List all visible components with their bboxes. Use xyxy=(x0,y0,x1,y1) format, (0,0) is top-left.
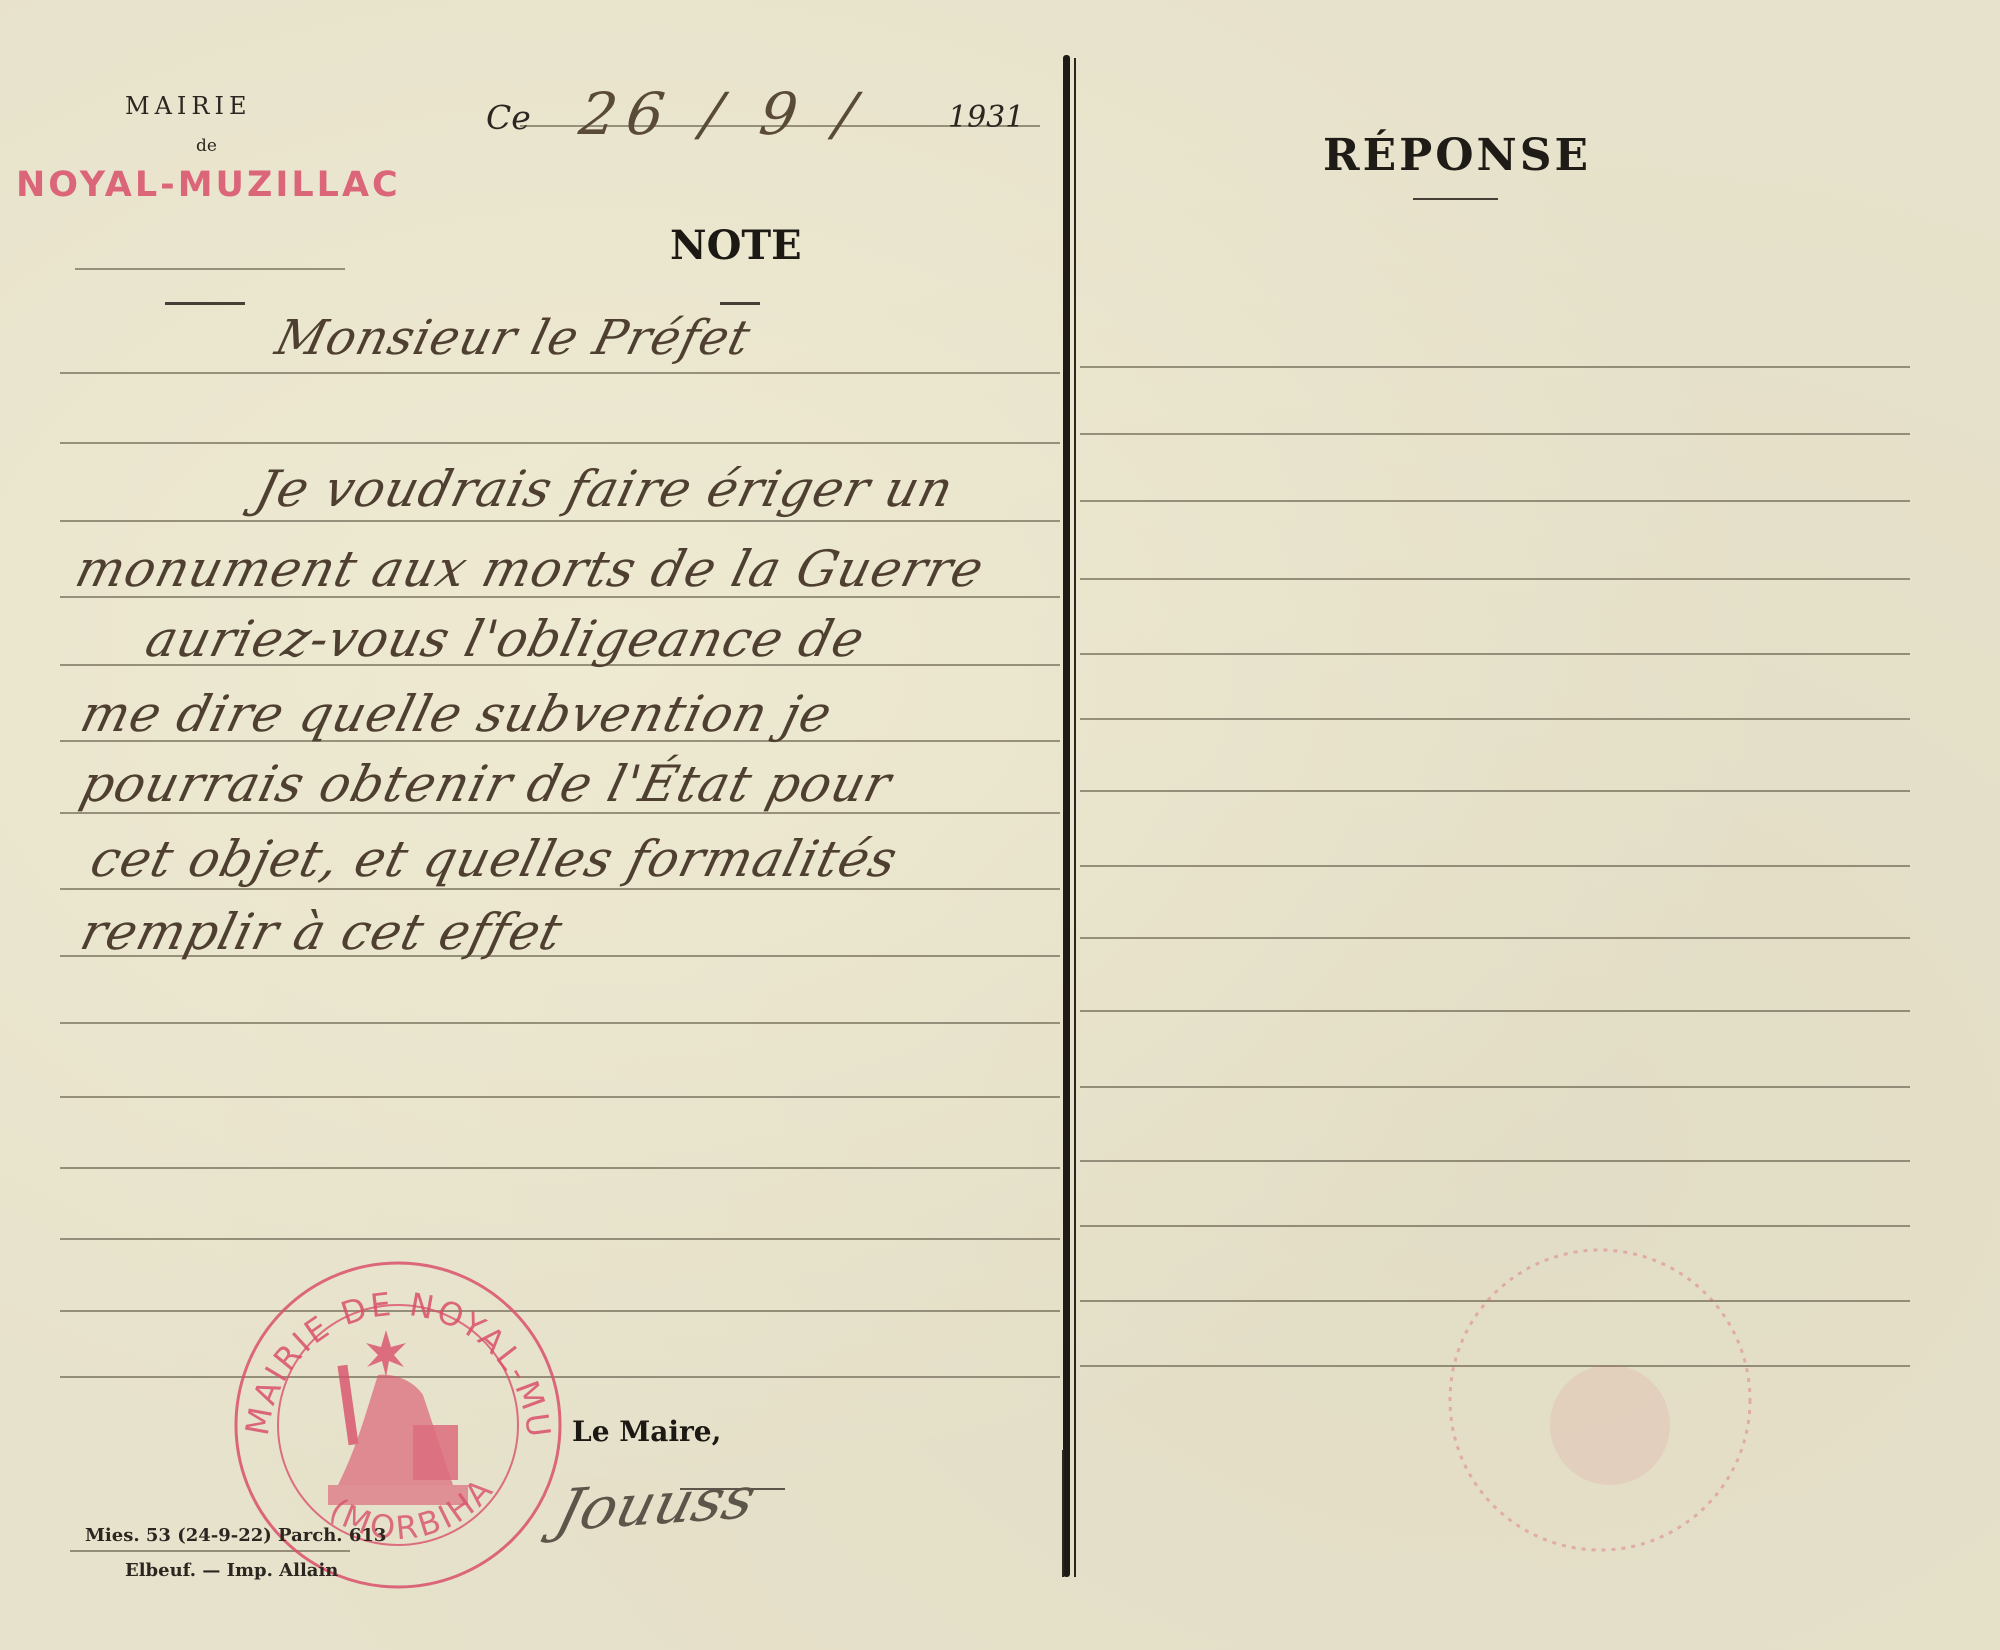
faint-seal-offset xyxy=(1440,1240,1760,1560)
liberty-figure-icon xyxy=(328,1330,468,1505)
column-divider xyxy=(1063,55,1070,1577)
body-line-6: cet objet, et quelles formalités xyxy=(85,830,904,888)
salutation: Monsieur le Préfet xyxy=(270,310,757,366)
column-divider-inner xyxy=(1074,58,1076,1577)
body-line-1: Je voudrais faire ériger un xyxy=(250,460,960,518)
body-line-4: me dire quelle subvention je xyxy=(75,685,838,743)
signature-stroke xyxy=(680,1488,785,1490)
commune-underline xyxy=(75,268,345,270)
response-title: RÉPONSE xyxy=(1323,130,1591,181)
title-dash-right xyxy=(720,302,760,305)
printer-name: Elbeuf. — Imp. Allain xyxy=(125,1560,338,1581)
date-handwritten: 26 / 9 / xyxy=(575,80,870,148)
response-title-underline xyxy=(1413,198,1498,200)
column-divider-left-edge xyxy=(1062,1450,1064,1577)
signatory-label: Le Maire, xyxy=(572,1415,721,1448)
commune-stamp: NOYAL-MUZILLAC xyxy=(16,165,401,205)
title-dash-left xyxy=(165,302,245,305)
body-line-7: remplir à cet effet xyxy=(75,903,569,961)
printer-reference: Mies. 53 (24-9-22) Parch. 613 xyxy=(85,1525,386,1546)
body-line-5: pourrais obtenir de l'État pour xyxy=(75,755,898,813)
note-title: NOTE xyxy=(670,222,802,269)
date-year: 1931 xyxy=(948,100,1024,135)
body-line-2: monument aux morts de la Guerre xyxy=(70,540,990,598)
mairie-label: MAIRIE xyxy=(125,92,251,120)
de-label: de xyxy=(196,136,217,156)
body-line-3: auriez-vous l'obligeance de xyxy=(140,610,871,668)
date-prefix-label: Ce xyxy=(486,98,531,137)
